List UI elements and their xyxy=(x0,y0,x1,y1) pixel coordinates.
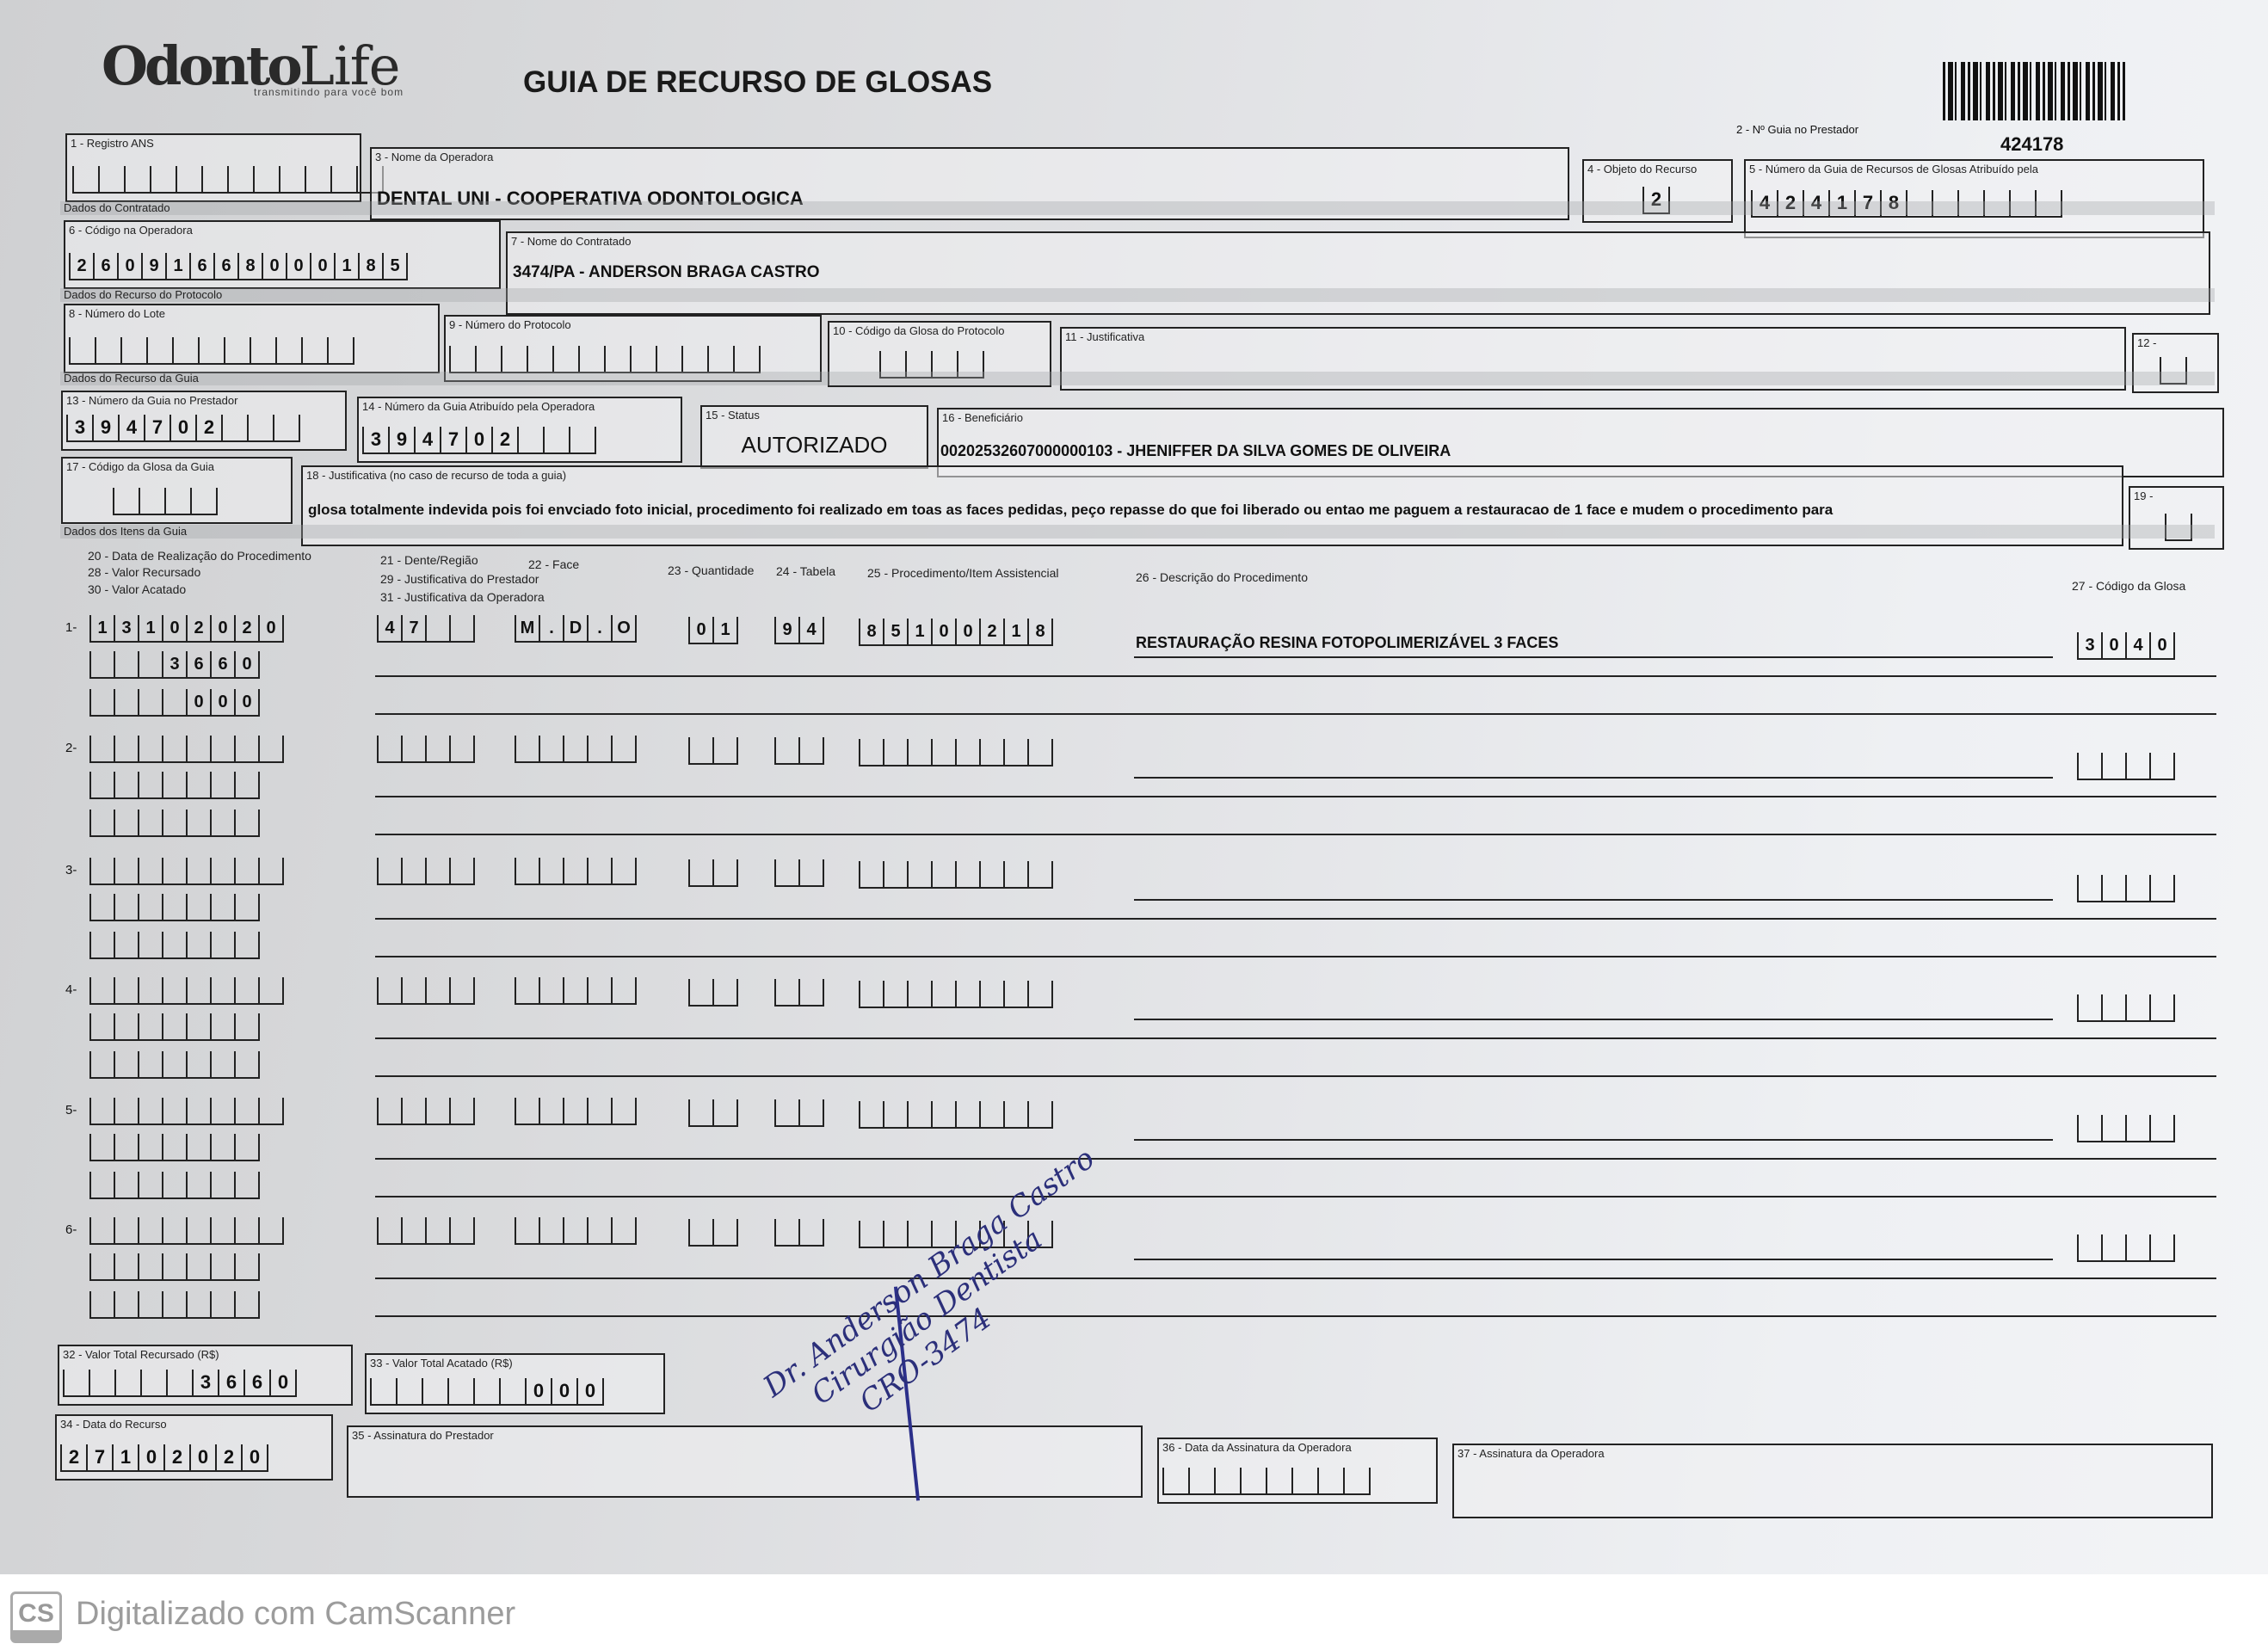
numero-lote-cells[interactable] xyxy=(69,337,354,365)
cell[interactable] xyxy=(210,977,234,1003)
cell[interactable] xyxy=(162,810,186,835)
item-valor-recursado-cells[interactable]: 3660 xyxy=(89,651,260,679)
cell[interactable] xyxy=(907,861,931,887)
cell[interactable] xyxy=(63,1370,89,1395)
cell[interactable] xyxy=(186,1013,210,1039)
registro-ans-cells[interactable] xyxy=(72,166,384,194)
cell[interactable] xyxy=(688,737,712,763)
cell[interactable] xyxy=(114,772,138,797)
cell[interactable] xyxy=(114,1370,140,1395)
item-valor-recursado-cells[interactable] xyxy=(89,894,260,921)
cell[interactable] xyxy=(138,651,162,677)
cell[interactable] xyxy=(563,1098,587,1124)
cell[interactable]: 8 xyxy=(859,619,883,644)
cell[interactable]: 4 xyxy=(798,617,824,643)
item-quantidade-cells[interactable] xyxy=(688,979,738,1007)
item-justificativa-prestador-line[interactable] xyxy=(375,796,2216,797)
valor-total-acatado-cells[interactable]: 000 xyxy=(370,1378,604,1406)
field-numero-lote[interactable]: 8 - Número do Lote xyxy=(64,304,440,373)
cell[interactable] xyxy=(140,1370,166,1395)
cell[interactable] xyxy=(2149,875,2175,901)
cell[interactable] xyxy=(859,861,883,887)
cell[interactable] xyxy=(198,337,224,363)
cell[interactable] xyxy=(543,427,569,453)
cell[interactable] xyxy=(162,1172,186,1197)
cell[interactable]: 0 xyxy=(465,427,491,453)
cell[interactable]: 5 xyxy=(382,253,408,279)
cell[interactable]: 0 xyxy=(210,689,234,715)
cell[interactable]: 7 xyxy=(144,415,169,440)
cell[interactable] xyxy=(210,1051,234,1077)
cell[interactable] xyxy=(859,1101,883,1127)
item-data-cells[interactable] xyxy=(89,977,284,1005)
cell[interactable] xyxy=(859,981,883,1007)
item-dente-cells[interactable]: 47 xyxy=(377,615,475,643)
cell[interactable] xyxy=(250,337,275,363)
cell[interactable] xyxy=(552,346,578,372)
cell[interactable] xyxy=(176,166,201,192)
cell[interactable] xyxy=(224,337,250,363)
cell[interactable] xyxy=(931,739,955,765)
cell[interactable] xyxy=(733,346,761,372)
cell[interactable] xyxy=(1003,981,1027,1007)
cell[interactable]: 0 xyxy=(2149,632,2175,658)
item-valor-acatado-cells[interactable] xyxy=(89,810,260,837)
cell[interactable] xyxy=(114,651,138,677)
item-justificativa-prestador-line[interactable] xyxy=(375,1278,2216,1279)
field-numero-guia-operadora[interactable]: 14 - Número da Guia Atribuído pela Opera… xyxy=(357,397,682,463)
cell[interactable]: 6 xyxy=(213,253,237,279)
cell[interactable] xyxy=(1003,1101,1027,1127)
cell[interactable] xyxy=(138,1172,162,1197)
cell[interactable]: 0 xyxy=(241,1444,268,1470)
cell[interactable]: 1 xyxy=(334,253,358,279)
cell[interactable] xyxy=(1317,1468,1343,1493)
cell[interactable]: 0 xyxy=(269,1370,297,1395)
cell[interactable] xyxy=(798,1099,824,1125)
cell[interactable] xyxy=(162,1217,186,1243)
cell[interactable] xyxy=(2077,994,2101,1020)
cell[interactable] xyxy=(162,689,186,715)
cell[interactable] xyxy=(449,615,475,641)
cell[interactable] xyxy=(377,858,401,883)
cell[interactable] xyxy=(114,810,138,835)
cell[interactable]: 3 xyxy=(2077,632,2101,658)
cell[interactable] xyxy=(120,337,146,363)
item-data-cells[interactable] xyxy=(89,858,284,885)
item-justificativa-operadora-line[interactable] xyxy=(375,834,2216,835)
cell[interactable] xyxy=(798,1219,824,1245)
cell[interactable] xyxy=(114,689,138,715)
data-assinatura-operadora-cells[interactable] xyxy=(1162,1468,1371,1495)
cell[interactable] xyxy=(611,858,637,883)
cell[interactable]: 1 xyxy=(907,619,931,644)
cell[interactable] xyxy=(162,977,186,1003)
item-justificativa-operadora-line[interactable] xyxy=(375,1196,2216,1197)
cell[interactable] xyxy=(330,166,356,192)
cell[interactable] xyxy=(186,1051,210,1077)
cell[interactable] xyxy=(425,615,449,641)
cell[interactable] xyxy=(2101,753,2125,779)
cell[interactable] xyxy=(449,1098,475,1124)
cell[interactable] xyxy=(401,1217,425,1243)
cell[interactable] xyxy=(774,979,798,1005)
item-justificativa-operadora-line[interactable] xyxy=(375,1075,2216,1077)
cell[interactable] xyxy=(138,772,162,797)
cell[interactable] xyxy=(712,1099,738,1125)
cell[interactable]: 9 xyxy=(92,415,118,440)
cell[interactable]: 8 xyxy=(237,253,262,279)
cell[interactable] xyxy=(563,977,587,1003)
cell[interactable] xyxy=(539,858,563,883)
cell[interactable] xyxy=(396,1378,422,1404)
cell[interactable]: 0 xyxy=(189,1444,215,1470)
cell[interactable] xyxy=(883,981,907,1007)
item-dente-cells[interactable] xyxy=(377,858,475,885)
cell[interactable] xyxy=(89,1051,114,1077)
cell[interactable] xyxy=(955,981,979,1007)
cell[interactable] xyxy=(1027,1101,1053,1127)
cell[interactable] xyxy=(210,894,234,920)
cell[interactable] xyxy=(89,1172,114,1197)
valor-total-recursado-cells[interactable]: 3660 xyxy=(63,1370,297,1397)
cell[interactable] xyxy=(305,166,330,192)
cell[interactable] xyxy=(210,932,234,957)
item-descricao-line[interactable] xyxy=(1134,656,2053,658)
cell[interactable]: 7 xyxy=(440,427,465,453)
cell[interactable] xyxy=(89,932,114,957)
cell[interactable]: 3 xyxy=(362,427,388,453)
cell[interactable] xyxy=(114,858,138,883)
cell[interactable]: 1 xyxy=(89,615,114,641)
item-dente-cells[interactable] xyxy=(377,736,475,763)
cell[interactable]: 2 xyxy=(163,1444,189,1470)
item-face-cells[interactable]: M.D.O xyxy=(515,615,637,643)
cell[interactable] xyxy=(210,1217,234,1243)
cell[interactable] xyxy=(89,858,114,883)
item-face-cells[interactable] xyxy=(515,977,637,1005)
item-quantidade-cells[interactable] xyxy=(688,737,738,765)
cell[interactable] xyxy=(883,1221,907,1247)
cell[interactable] xyxy=(72,166,98,192)
cell[interactable] xyxy=(162,772,186,797)
cell[interactable]: 7 xyxy=(401,615,425,641)
cell[interactable] xyxy=(301,337,327,363)
cell[interactable]: 0 xyxy=(576,1378,604,1404)
cell[interactable]: 0 xyxy=(210,615,234,641)
cell[interactable] xyxy=(186,1291,210,1317)
field-codigo-operadora[interactable]: 6 - Código na Operadora 26091668000185 xyxy=(64,220,501,289)
cell[interactable] xyxy=(89,894,114,920)
item-dente-cells[interactable] xyxy=(377,1098,475,1125)
cell[interactable]: 2 xyxy=(234,615,258,641)
cell[interactable] xyxy=(563,858,587,883)
item-dente-cells[interactable] xyxy=(377,977,475,1005)
cell[interactable] xyxy=(2149,994,2175,1020)
field-valor-total-acatado[interactable]: 33 - Valor Total Acatado (R$) 000 xyxy=(365,1353,665,1414)
cell[interactable] xyxy=(234,1013,260,1039)
cell[interactable] xyxy=(186,772,210,797)
item-justificativa-operadora-line[interactable] xyxy=(375,713,2216,715)
item-justificativa-operadora-line[interactable] xyxy=(375,956,2216,957)
cell[interactable] xyxy=(162,858,186,883)
item-procedimento-cells[interactable] xyxy=(859,739,1053,767)
cell[interactable]: 4 xyxy=(2125,632,2149,658)
cell[interactable]: . xyxy=(587,615,611,641)
cell[interactable] xyxy=(401,736,425,761)
cell[interactable] xyxy=(234,1291,260,1317)
cell[interactable] xyxy=(2101,994,2125,1020)
cell[interactable] xyxy=(95,337,120,363)
cell[interactable]: 9 xyxy=(141,253,165,279)
cell[interactable] xyxy=(578,346,604,372)
item-descricao-line[interactable] xyxy=(1134,1259,2053,1260)
cell[interactable] xyxy=(656,346,681,372)
cell[interactable]: 3 xyxy=(192,1370,218,1395)
item-valor-acatado-cells[interactable] xyxy=(89,1172,260,1199)
cell[interactable] xyxy=(712,737,738,763)
cell[interactable] xyxy=(279,166,305,192)
cell[interactable] xyxy=(201,166,227,192)
cell[interactable] xyxy=(475,346,501,372)
cell[interactable]: 2 xyxy=(186,615,210,641)
item-valor-acatado-cells[interactable] xyxy=(89,932,260,959)
cell[interactable] xyxy=(258,1098,284,1124)
item-quantidade-cells[interactable] xyxy=(688,1099,738,1127)
cell[interactable]: 6 xyxy=(218,1370,243,1395)
item-codigo-glosa-cells[interactable] xyxy=(2077,1234,2175,1262)
cell[interactable]: 0 xyxy=(234,689,260,715)
cell[interactable] xyxy=(425,1098,449,1124)
cell[interactable] xyxy=(798,859,824,885)
item-procedimento-cells[interactable]: 85100218 xyxy=(859,619,1053,646)
cell[interactable] xyxy=(587,1217,611,1243)
cell[interactable]: 0 xyxy=(186,689,210,715)
cell[interactable]: 0 xyxy=(258,615,284,641)
item-procedimento-cells[interactable] xyxy=(859,981,1053,1008)
item-valor-acatado-cells[interactable] xyxy=(89,1291,260,1319)
cell[interactable]: 0 xyxy=(117,253,141,279)
cell[interactable] xyxy=(89,1370,114,1395)
numero-guia-prestador-cells[interactable]: 394702 xyxy=(66,415,300,442)
cell[interactable] xyxy=(258,858,284,883)
item-data-cells[interactable]: 13102020 xyxy=(89,615,284,643)
cell[interactable] xyxy=(907,981,931,1007)
cell[interactable] xyxy=(377,1217,401,1243)
cell[interactable] xyxy=(124,166,150,192)
item-quantidade-cells[interactable] xyxy=(688,1219,738,1247)
cell[interactable] xyxy=(377,977,401,1003)
field-assinatura-prestador[interactable]: 35 - Assinatura do Prestador xyxy=(347,1425,1143,1498)
cell[interactable] xyxy=(377,736,401,761)
cell[interactable] xyxy=(859,1221,883,1247)
cell[interactable] xyxy=(1291,1468,1317,1493)
cell[interactable]: 2 xyxy=(215,1444,241,1470)
item-valor-acatado-cells[interactable]: 000 xyxy=(89,689,260,717)
cell[interactable]: 8 xyxy=(1027,619,1053,644)
cell[interactable]: 1 xyxy=(165,253,189,279)
cell[interactable] xyxy=(234,1253,260,1279)
cell[interactable] xyxy=(425,977,449,1003)
cell[interactable] xyxy=(425,1217,449,1243)
field-data-recurso[interactable]: 34 - Data do Recurso 27102020 xyxy=(55,1414,333,1481)
cell[interactable] xyxy=(186,736,210,761)
cell[interactable] xyxy=(2077,875,2101,901)
field-assinatura-operadora[interactable]: 37 - Assinatura da Operadora xyxy=(1452,1444,2213,1518)
cell[interactable] xyxy=(979,981,1003,1007)
cell[interactable]: 4 xyxy=(377,615,401,641)
item-tabela-cells[interactable] xyxy=(774,1099,824,1127)
cell[interactable]: 7 xyxy=(86,1444,112,1470)
cell[interactable] xyxy=(172,337,198,363)
cell[interactable] xyxy=(162,1051,186,1077)
cell[interactable]: 3 xyxy=(162,651,186,677)
cell[interactable] xyxy=(138,1253,162,1279)
item-data-cells[interactable] xyxy=(89,1098,284,1125)
cell[interactable] xyxy=(883,739,907,765)
item-descricao-line[interactable] xyxy=(1134,777,2053,779)
cell[interactable] xyxy=(234,1217,258,1243)
data-recurso-cells[interactable]: 27102020 xyxy=(60,1444,268,1472)
cell[interactable] xyxy=(138,1098,162,1124)
cell[interactable] xyxy=(247,415,273,440)
cell[interactable] xyxy=(138,977,162,1003)
cell[interactable]: 0 xyxy=(234,651,260,677)
cell[interactable] xyxy=(2125,994,2149,1020)
cell[interactable] xyxy=(859,739,883,765)
cell[interactable] xyxy=(210,1098,234,1124)
codigo-glosa-guia-cells[interactable] xyxy=(113,488,218,515)
cell[interactable]: 0 xyxy=(162,615,186,641)
cell[interactable] xyxy=(89,1134,114,1160)
numero-guia-operadora-cells[interactable]: 394702 xyxy=(362,427,596,454)
cell[interactable] xyxy=(89,736,114,761)
cell[interactable] xyxy=(377,1098,401,1124)
cell[interactable] xyxy=(515,977,539,1003)
item-tabela-cells[interactable] xyxy=(774,1219,824,1247)
cell[interactable] xyxy=(2101,875,2125,901)
cell[interactable] xyxy=(1027,981,1053,1007)
cell[interactable] xyxy=(138,1217,162,1243)
cell[interactable] xyxy=(587,1098,611,1124)
cell[interactable] xyxy=(162,1253,186,1279)
cell[interactable] xyxy=(539,977,563,1003)
item-quantidade-cells[interactable]: 01 xyxy=(688,617,738,644)
cell[interactable]: 2 xyxy=(491,427,517,453)
cell[interactable] xyxy=(234,932,260,957)
cell[interactable] xyxy=(2149,1115,2175,1141)
cell[interactable] xyxy=(138,932,162,957)
cell[interactable] xyxy=(1003,861,1027,887)
cell[interactable] xyxy=(138,1134,162,1160)
cell[interactable] xyxy=(89,651,114,677)
cell[interactable] xyxy=(449,736,475,761)
cell[interactable] xyxy=(501,346,527,372)
cell[interactable]: 1 xyxy=(138,615,162,641)
cell[interactable]: O xyxy=(611,615,637,641)
cell[interactable] xyxy=(955,739,979,765)
cell[interactable] xyxy=(611,977,637,1003)
cell[interactable] xyxy=(681,346,707,372)
cell[interactable] xyxy=(210,772,234,797)
cell[interactable] xyxy=(186,1098,210,1124)
cell[interactable]: 0 xyxy=(169,415,195,440)
cell[interactable]: 8 xyxy=(358,253,382,279)
cell[interactable] xyxy=(907,739,931,765)
item-data-cells[interactable] xyxy=(89,736,284,763)
cell[interactable]: 1 xyxy=(712,617,738,643)
item-justificativa-prestador-line[interactable] xyxy=(375,918,2216,920)
item-justificativa-prestador-line[interactable] xyxy=(375,675,2216,677)
field-status[interactable]: 15 - Status AUTORIZADO xyxy=(700,405,928,469)
cell[interactable] xyxy=(89,810,114,835)
cell[interactable] xyxy=(2077,1115,2101,1141)
cell[interactable] xyxy=(186,1217,210,1243)
cell[interactable]: 4 xyxy=(414,427,440,453)
cell[interactable] xyxy=(89,1098,114,1124)
cell[interactable] xyxy=(210,1253,234,1279)
cell[interactable] xyxy=(162,894,186,920)
cell[interactable] xyxy=(515,1098,539,1124)
cell[interactable] xyxy=(227,166,253,192)
cell[interactable] xyxy=(630,346,656,372)
item-codigo-glosa-cells[interactable] xyxy=(2077,875,2175,902)
item-valor-recursado-cells[interactable] xyxy=(89,1253,260,1281)
cell[interactable] xyxy=(527,346,552,372)
cell[interactable] xyxy=(515,858,539,883)
field-numero-guia-prestador[interactable]: 13 - Número da Guia no Prestador 394702 xyxy=(61,391,347,451)
cell[interactable] xyxy=(712,1219,738,1245)
item-face-cells[interactable] xyxy=(515,736,637,763)
cell[interactable]: 6 xyxy=(210,651,234,677)
cell[interactable] xyxy=(327,337,354,363)
cell[interactable] xyxy=(611,1217,637,1243)
cell[interactable] xyxy=(186,810,210,835)
field-data-assinatura-operadora[interactable]: 36 - Data da Assinatura da Operadora xyxy=(1157,1438,1438,1504)
cell[interactable]: 6 xyxy=(189,253,213,279)
item-valor-recursado-cells[interactable] xyxy=(89,1134,260,1161)
cell[interactable] xyxy=(2149,753,2175,779)
cell[interactable] xyxy=(1188,1468,1214,1493)
cell[interactable] xyxy=(798,737,824,763)
item-codigo-glosa-cells[interactable]: 3040 xyxy=(2077,632,2175,660)
cell[interactable] xyxy=(1214,1468,1240,1493)
cell[interactable]: 2 xyxy=(195,415,221,440)
cell[interactable]: 6 xyxy=(243,1370,269,1395)
cell[interactable] xyxy=(138,1291,162,1317)
cell[interactable] xyxy=(774,859,798,885)
cell[interactable] xyxy=(114,977,138,1003)
cell[interactable] xyxy=(2125,875,2149,901)
cell[interactable] xyxy=(114,1134,138,1160)
cell[interactable]: 0 xyxy=(688,617,712,643)
cell[interactable] xyxy=(138,736,162,761)
cell[interactable] xyxy=(138,858,162,883)
cell[interactable] xyxy=(931,981,955,1007)
cell[interactable] xyxy=(499,1378,525,1404)
cell[interactable] xyxy=(2077,1234,2101,1260)
cell[interactable] xyxy=(234,1134,260,1160)
cell[interactable] xyxy=(2149,1234,2175,1260)
cell[interactable] xyxy=(258,736,284,761)
item-quantidade-cells[interactable] xyxy=(688,859,738,887)
cell[interactable] xyxy=(186,858,210,883)
cell[interactable] xyxy=(449,346,475,372)
cell[interactable] xyxy=(234,810,260,835)
cell[interactable] xyxy=(162,1098,186,1124)
cell[interactable] xyxy=(688,859,712,885)
cell[interactable] xyxy=(422,1378,447,1404)
